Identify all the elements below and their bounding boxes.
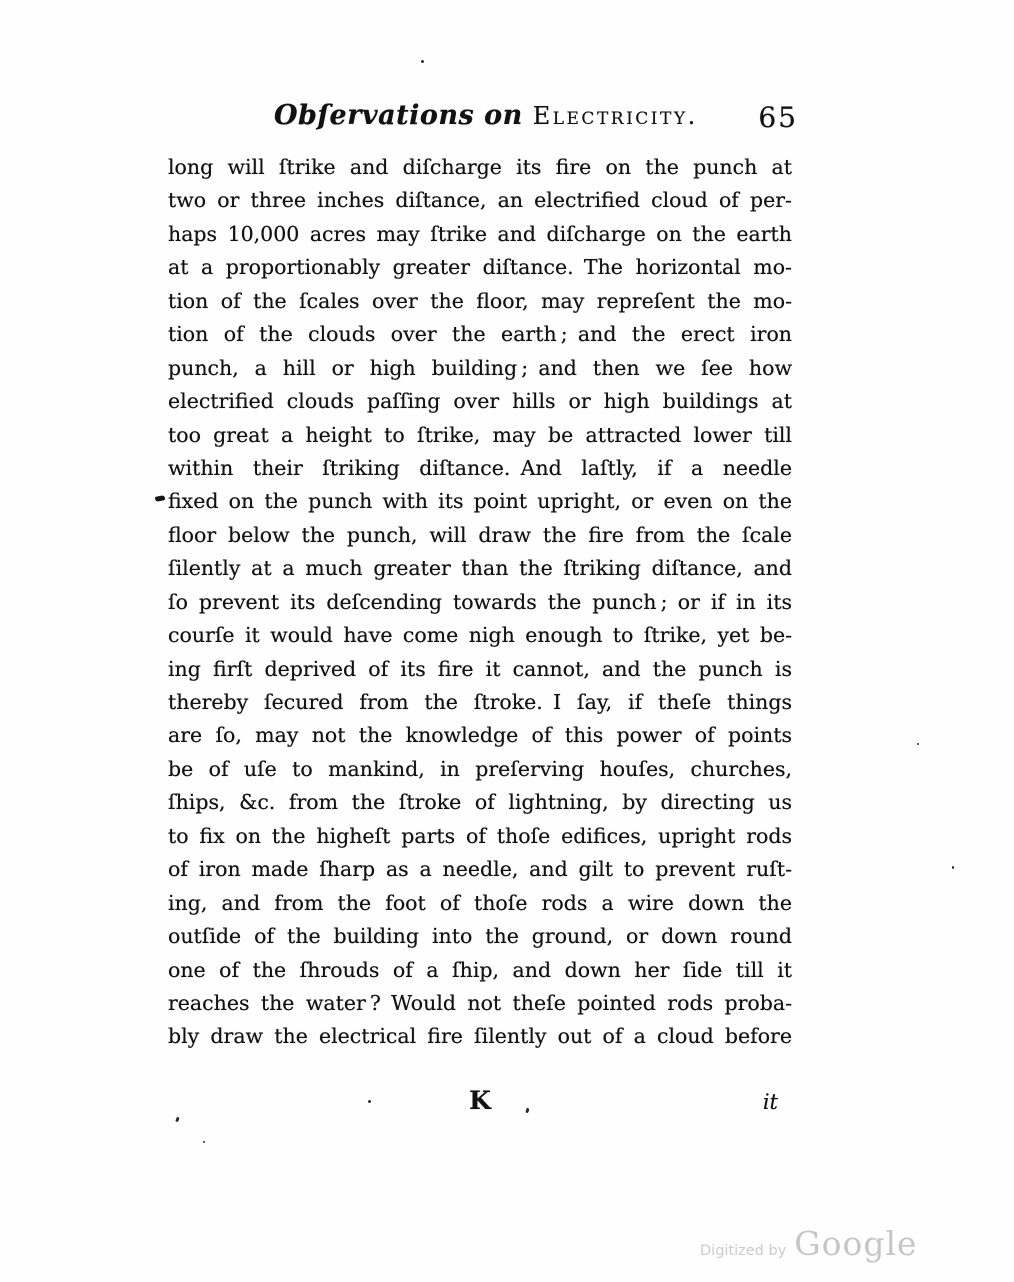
text-line: electrified clouds paſſing over hills or… [168,385,792,418]
text-line: ſhips, &c. from the ſtroke of lightning,… [168,786,792,819]
text-line: ing, and from the foot of thoſe rods a w… [168,887,792,920]
text-line: fixed on the punch with its point uprigh… [168,485,792,518]
text-line: reaches the water ? Would not theſe poin… [168,987,792,1020]
ink-speck [917,743,919,745]
text-line: at a proportionably greater diſtance. Th… [168,251,792,284]
text-line: ſo prevent its deſcending towards the pu… [168,586,792,619]
text-line: outſide of the building into the ground,… [168,920,792,953]
text-line: courſe it would have come nigh enough to… [168,619,792,652]
body-text: long will ſtrike and diſcharge its fire … [168,151,792,1054]
page-footer: K it [168,1086,792,1122]
text-line: within their ſtriking diſtance. And laſt… [168,452,792,485]
text-line: ing firſt deprived of its fire it cannot… [168,653,792,686]
text-line: floor below the punch, will draw the fir… [168,519,792,552]
text-line: bly draw the electrical fire ſilently ou… [168,1020,792,1053]
text-line: are ſo, may not the knowledge of this po… [168,719,792,752]
text-line: ſilently at a much greater than the ſtri… [168,552,792,585]
text-line: of iron made ſharp as a needle, and gilt… [168,853,792,886]
text-line: to fix on the higheſt parts of thoſe edi… [168,820,792,853]
google-logo: Google [794,1224,917,1263]
running-header: Obſervations onElectricity. 65 [168,100,798,142]
scanned-book-page: Obſervations onElectricity. 65 long will… [0,0,1014,1282]
header-title: Obſervations onElectricity. [274,100,698,131]
text-line: thereby ſecured from the ſtroke. I ſay, … [168,686,792,719]
text-line: be of uſe to mankind, in preſerving houſ… [168,753,792,786]
text-line: two or three inches diſtance, an electri… [168,184,792,217]
ink-speck [952,866,954,869]
digitized-by-label: Digitized by [700,1243,786,1259]
google-watermark: Digitized by Google [700,1224,918,1263]
text-line: haps 10,000 acres may ſtrike and diſchar… [168,218,792,251]
signature-mark: K [168,1086,792,1115]
ink-speck [203,1141,205,1143]
ink-speck [421,60,424,63]
header-title-caps: Electricity. [533,102,698,130]
text-line: punch, a hill or high building ; and the… [168,352,792,385]
text-line: tion of the clouds over the earth ; and … [168,318,792,351]
ink-speck [368,1100,371,1103]
catchword: it [763,1090,778,1114]
text-line: one of the ſhrouds of a ſhip, and down h… [168,954,792,987]
header-title-italic: Obſervations on [274,100,523,131]
text-line: tion of the ſcales over the floor, may r… [168,285,792,318]
margin-ink-mark [155,495,166,502]
page-number: 65 [758,101,798,134]
text-line: too great a height to ſtrike, may be att… [168,419,792,452]
text-line: long will ſtrike and diſcharge its fire … [168,151,792,184]
